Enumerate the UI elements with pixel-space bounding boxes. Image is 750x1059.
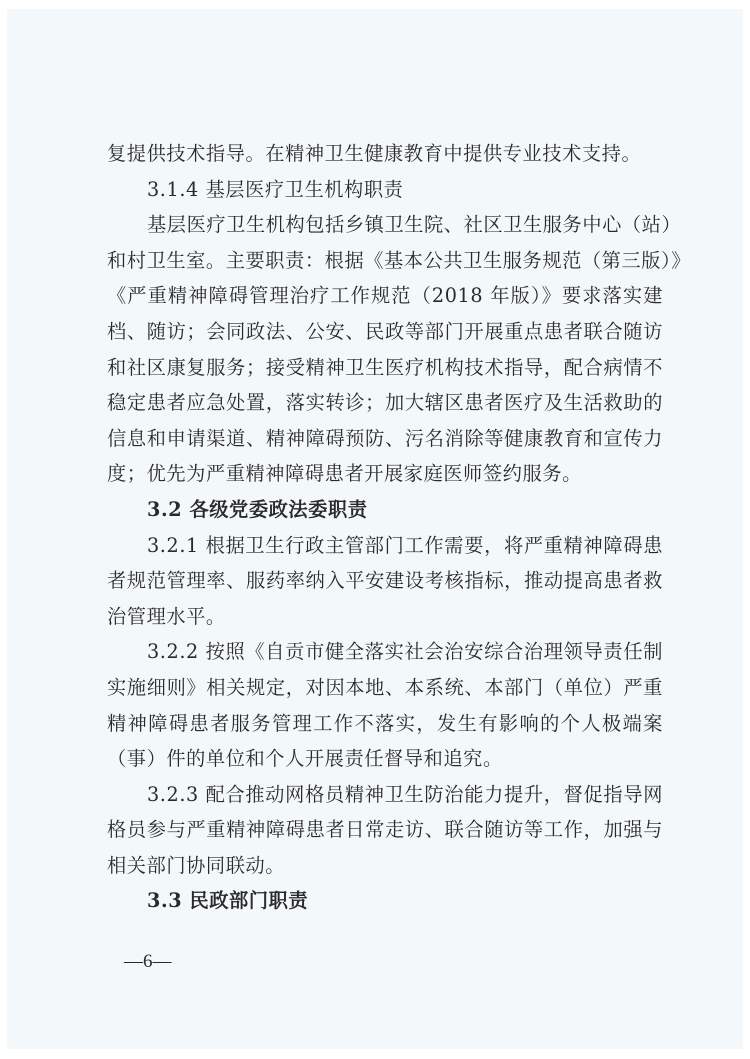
section-heading-3-3: 3.3 民政部门职责 — [107, 883, 663, 919]
paragraph-line: 复提供技术指导。在精神卫生健康教育中提供专业技术支持。 — [107, 136, 663, 172]
document-page: 复提供技术指导。在精神卫生健康教育中提供专业技术支持。 3.1.4 基层医疗卫生… — [7, 9, 743, 1049]
paragraph-line: 《严重精神障碍管理治疗工作规范（2018 年版）》要求落实建 — [107, 278, 663, 314]
paragraph-line: 档、随访；会同政法、公安、民政等部门开展重点患者联合随访 — [107, 314, 663, 350]
section-heading-3-2: 3.2 各级党委政法委职责 — [107, 492, 663, 528]
paragraph-line: 信息和申请渠道、精神障碍预防、污名消除等健康教育和宣传力 — [107, 421, 663, 457]
paragraph-line: 实施细则》相关规定，对因本地、本系统、本部门（单位）严重 — [107, 670, 663, 706]
paragraph-line: 和社区康复服务；接受精神卫生医疗机构技术指导，配合病情不 — [107, 350, 663, 386]
paragraph-line: 精神障碍患者服务管理工作不落实，发生有影响的个人极端案 — [107, 706, 663, 742]
paragraph-line: 治管理水平。 — [107, 599, 663, 635]
document-body: 复提供技术指导。在精神卫生健康教育中提供专业技术支持。 3.1.4 基层医疗卫生… — [107, 136, 663, 919]
page-number: —6— — [124, 951, 172, 973]
paragraph-line: 度；优先为严重精神障碍患者开展家庭医师签约服务。 — [107, 456, 663, 492]
paragraph-line: （事）件的单位和个人开展责任督导和追究。 — [107, 741, 663, 777]
paragraph-line: 相关部门协同联动。 — [107, 848, 663, 884]
paragraph-line: 者规范管理率、服药率纳入平安建设考核指标，推动提高患者救 — [107, 563, 663, 599]
paragraph-line: 基层医疗卫生机构包括乡镇卫生院、社区卫生服务中心（站） — [107, 207, 663, 243]
section-subheading-3-1-4: 3.1.4 基层医疗卫生机构职责 — [107, 172, 663, 208]
paragraph-line: 格员参与严重精神障碍患者日常走访、联合随访等工作，加强与 — [107, 812, 663, 848]
paragraph-line: 3.2.2 按照《自贡市健全落实社会治安综合治理领导责任制 — [107, 634, 663, 670]
paragraph-line: 3.2.1 根据卫生行政主管部门工作需要，将严重精神障碍患 — [107, 528, 663, 564]
paragraph-line: 3.2.3 配合推动网格员精神卫生防治能力提升，督促指导网 — [107, 777, 663, 813]
paragraph-line: 和村卫生室。主要职责：根据《基本公共卫生服务规范（第三版）》 — [107, 243, 663, 279]
paragraph-line: 稳定患者应急处置，落实转诊；加大辖区患者医疗及生活救助的 — [107, 385, 663, 421]
